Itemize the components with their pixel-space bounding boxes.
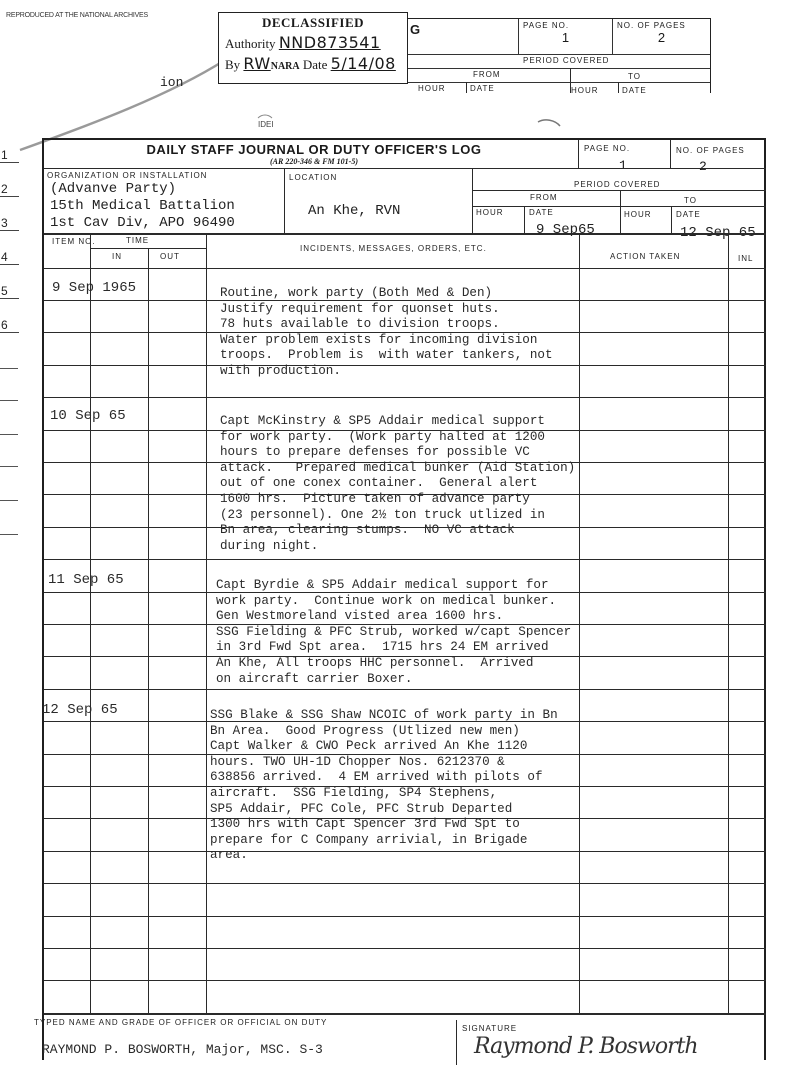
table-row-rule bbox=[44, 948, 766, 949]
officer-signature: Raymond P. Bosworth bbox=[474, 1034, 698, 1059]
fragment-from-label: FROM bbox=[473, 70, 501, 79]
entry-date: 10 Sep 65 bbox=[50, 408, 126, 424]
table-row-rule bbox=[44, 980, 766, 981]
table-row-rule bbox=[44, 527, 766, 528]
table-row-rule bbox=[44, 656, 766, 657]
entry-date: 9 Sep 1965 bbox=[52, 280, 136, 296]
col-action-taken: ACTION TAKEN bbox=[610, 252, 680, 261]
from-date-label: DATE bbox=[529, 208, 554, 217]
table-row-rule bbox=[44, 624, 766, 625]
entry-text: Capt Byrdie & SP5 Addair medical support… bbox=[216, 578, 571, 687]
fragment-page-no: PAGE NO. 1 bbox=[518, 19, 612, 54]
entry-text: Capt McKinstry & SP5 Addair medical supp… bbox=[220, 414, 575, 554]
page-no-label: PAGE NO. bbox=[584, 144, 630, 153]
officer-name: RAYMOND P. BOSWORTH, Major, MSC. S-3 bbox=[42, 1042, 323, 1057]
table-row-rule bbox=[44, 1013, 766, 1014]
from-label: FROM bbox=[530, 193, 558, 202]
fragment-date-label: DATE bbox=[470, 84, 495, 93]
from-date-value: 9 Sep65 bbox=[536, 223, 595, 238]
page-no-value: 1 bbox=[619, 158, 627, 173]
table-row-rule bbox=[44, 851, 766, 852]
fragment-to-label: TO bbox=[628, 72, 641, 81]
table-row-rule bbox=[44, 559, 766, 560]
stamp-by: By RWNARA Date 5/14/08 bbox=[225, 54, 401, 73]
declassified-stamp: DECLASSIFIED Authority NND873541 By RWNA… bbox=[218, 12, 408, 84]
table-row-rule bbox=[44, 818, 766, 819]
organization-line-2: 15th Medical Battalion bbox=[50, 199, 235, 214]
officer-label: TYPED NAME AND GRADE OF OFFICER OR OFFIC… bbox=[34, 1018, 327, 1027]
fragment-org-tail: ion bbox=[160, 75, 183, 90]
period-covered-label: PERIOD COVERED bbox=[574, 180, 660, 189]
fragment-mark: IDEI bbox=[258, 120, 274, 129]
archive-note: REPRODUCED AT THE NATIONAL ARCHIVES bbox=[6, 12, 148, 19]
fragment-date-label-2: DATE bbox=[622, 86, 647, 95]
table-row-rule bbox=[44, 721, 766, 722]
col-incidents: INCIDENTS, MESSAGES, ORDERS, ETC. bbox=[300, 244, 487, 253]
location-value: An Khe, RVN bbox=[308, 204, 400, 219]
margin-line-numbers: 1 2 3 4 5 6 bbox=[0, 148, 30, 648]
table-row-rule bbox=[44, 786, 766, 787]
top-form-fragment: PAGE NO. 1 NO. OF PAGES 2 PERIOD COVERED… bbox=[408, 18, 711, 93]
table-row-rule bbox=[44, 916, 766, 917]
location-label: LOCATION bbox=[289, 173, 337, 182]
fragment-no-of-pages: NO. OF PAGES 2 bbox=[612, 19, 710, 54]
table-row-rule bbox=[44, 689, 766, 690]
to-label: TO bbox=[684, 196, 697, 205]
table-row-rule bbox=[44, 883, 766, 884]
form-subtitle: (AR 220-346 & FM 101-5) bbox=[44, 157, 584, 166]
fragment-hour-label: HOUR bbox=[418, 84, 446, 93]
table-row-rule bbox=[44, 430, 766, 431]
form-title: DAILY STAFF JOURNAL OR DUTY OFFICER'S LO… bbox=[44, 142, 584, 157]
table-row-rule bbox=[44, 754, 766, 755]
organization-line-3: 1st Cav Div, APO 96490 bbox=[50, 216, 235, 231]
to-hour-label: HOUR bbox=[624, 210, 652, 219]
stamp-authority: Authority NND873541 bbox=[225, 33, 401, 52]
table-row-rule bbox=[44, 332, 766, 333]
entry-date: 12 Sep 65 bbox=[42, 702, 118, 718]
no-of-pages-label: NO. OF PAGES bbox=[676, 146, 745, 155]
table-row-rule bbox=[44, 365, 766, 366]
fragment-hour-label-2: HOUR bbox=[571, 86, 599, 95]
table-row-rule bbox=[44, 397, 766, 398]
col-time-in: IN bbox=[112, 252, 122, 261]
to-date-label: DATE bbox=[676, 210, 701, 219]
table-row-rule bbox=[44, 592, 766, 593]
col-inl: INL bbox=[738, 254, 753, 263]
table-row-rule bbox=[44, 462, 766, 463]
no-of-pages-value: 2 bbox=[699, 159, 707, 174]
organization-line-1: (Advanve Party) bbox=[50, 182, 176, 197]
daily-staff-journal-form: DAILY STAFF JOURNAL OR DUTY OFFICER'S LO… bbox=[42, 138, 766, 1060]
entry-date: 11 Sep 65 bbox=[48, 572, 124, 588]
signature-label: SIGNATURE bbox=[462, 1024, 517, 1033]
from-hour-label: HOUR bbox=[476, 208, 504, 217]
stamp-title: DECLASSIFIED bbox=[225, 15, 401, 31]
fragment-period-label: PERIOD COVERED bbox=[523, 56, 609, 65]
table-row-rule bbox=[44, 494, 766, 495]
col-time-out: OUT bbox=[160, 252, 180, 261]
organization-label: ORGANIZATION OR INSTALLATION bbox=[47, 171, 207, 180]
table-row-rule bbox=[44, 300, 766, 301]
col-time: TIME bbox=[126, 236, 149, 245]
